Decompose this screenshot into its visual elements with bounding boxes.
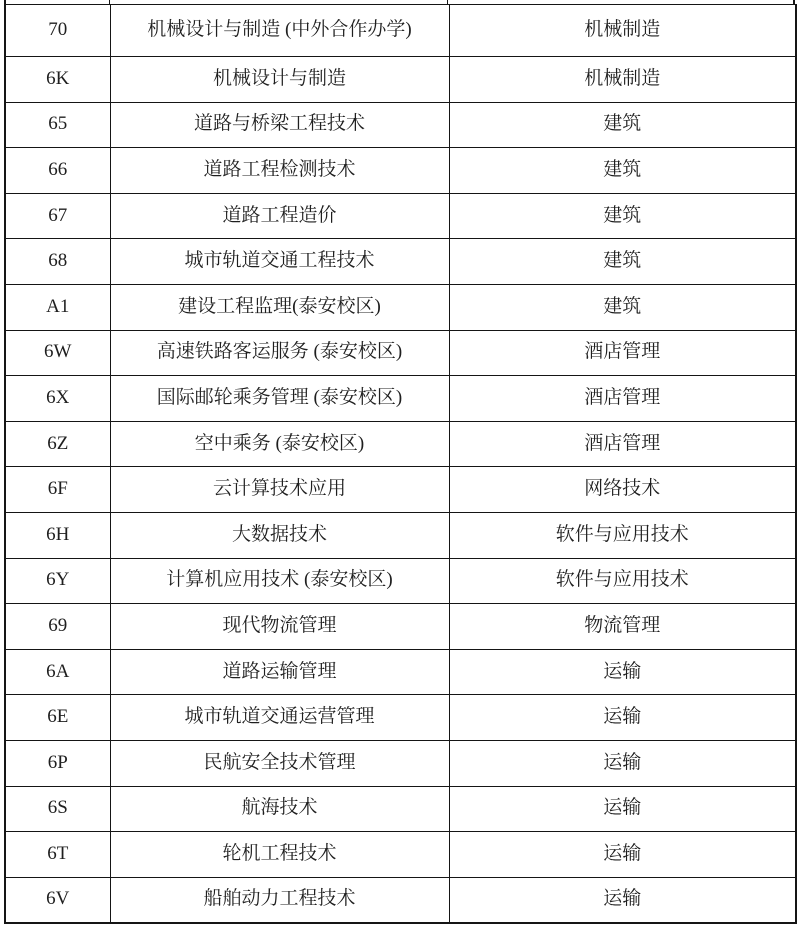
category-cell: 物流管理 bbox=[449, 604, 796, 650]
programs-table-body: 70机械设计与制造 (中外合作办学)机械制造6K机械设计与制造机械制造65道路与… bbox=[5, 5, 796, 923]
program-cell: 空中乘务 (泰安校区) bbox=[110, 421, 449, 467]
program-cell: 船舶动力工程技术 bbox=[110, 877, 449, 923]
code-cell: 66 bbox=[5, 148, 110, 194]
table-row: 66道路工程检测技术建筑 bbox=[5, 148, 796, 194]
code-cell: 6X bbox=[5, 376, 110, 422]
code-cell: 69 bbox=[5, 604, 110, 650]
program-cell: 道路运输管理 bbox=[110, 649, 449, 695]
table-row: 70机械设计与制造 (中外合作办学)机械制造 bbox=[5, 5, 796, 57]
table-row: 6X国际邮轮乘务管理 (泰安校区)酒店管理 bbox=[5, 376, 796, 422]
program-cell: 机械设计与制造 (中外合作办学) bbox=[110, 5, 449, 57]
table-row: 6K机械设计与制造机械制造 bbox=[5, 57, 796, 103]
category-cell: 酒店管理 bbox=[449, 330, 796, 376]
code-cell: 6P bbox=[5, 740, 110, 786]
program-cell: 城市轨道交通工程技术 bbox=[110, 239, 449, 285]
code-cell: 6K bbox=[5, 57, 110, 103]
category-cell: 运输 bbox=[449, 877, 796, 923]
program-cell: 航海技术 bbox=[110, 786, 449, 832]
category-cell: 建筑 bbox=[449, 102, 796, 148]
program-cell: 国际邮轮乘务管理 (泰安校区) bbox=[110, 376, 449, 422]
program-cell: 云计算技术应用 bbox=[110, 467, 449, 513]
code-cell: 6Y bbox=[5, 558, 110, 604]
code-cell: 6H bbox=[5, 512, 110, 558]
table-row: 69现代物流管理物流管理 bbox=[5, 604, 796, 650]
program-cell: 计算机应用技术 (泰安校区) bbox=[110, 558, 449, 604]
category-cell: 建筑 bbox=[449, 239, 796, 285]
category-cell: 机械制造 bbox=[449, 5, 796, 57]
table-row: 6W高速铁路客运服务 (泰安校区)酒店管理 bbox=[5, 330, 796, 376]
category-cell: 运输 bbox=[449, 649, 796, 695]
code-cell: 6E bbox=[5, 695, 110, 741]
program-cell: 城市轨道交通运营管理 bbox=[110, 695, 449, 741]
code-cell: 70 bbox=[5, 5, 110, 57]
code-cell: A1 bbox=[5, 284, 110, 330]
program-cell: 大数据技术 bbox=[110, 512, 449, 558]
category-cell: 酒店管理 bbox=[449, 421, 796, 467]
program-cell: 道路工程造价 bbox=[110, 193, 449, 239]
program-cell: 建设工程监理(泰安校区) bbox=[110, 284, 449, 330]
code-cell: 65 bbox=[5, 102, 110, 148]
category-cell: 软件与应用技术 bbox=[449, 512, 796, 558]
table-row: 65道路与桥梁工程技术建筑 bbox=[5, 102, 796, 148]
code-cell: 6W bbox=[5, 330, 110, 376]
table-row: 6V船舶动力工程技术运输 bbox=[5, 877, 796, 923]
program-cell: 现代物流管理 bbox=[110, 604, 449, 650]
table-row: 6E城市轨道交通运营管理运输 bbox=[5, 695, 796, 741]
category-cell: 建筑 bbox=[449, 148, 796, 194]
category-cell: 运输 bbox=[449, 786, 796, 832]
code-cell: 6A bbox=[5, 649, 110, 695]
category-cell: 运输 bbox=[449, 832, 796, 878]
code-cell: 6T bbox=[5, 832, 110, 878]
category-cell: 酒店管理 bbox=[449, 376, 796, 422]
program-cell: 高速铁路客运服务 (泰安校区) bbox=[110, 330, 449, 376]
category-cell: 建筑 bbox=[449, 193, 796, 239]
table-row: 6Z空中乘务 (泰安校区)酒店管理 bbox=[5, 421, 796, 467]
program-cell: 机械设计与制造 bbox=[110, 57, 449, 103]
program-cell: 轮机工程技术 bbox=[110, 832, 449, 878]
table-row: 6A道路运输管理运输 bbox=[5, 649, 796, 695]
category-cell: 网络技术 bbox=[449, 467, 796, 513]
category-cell: 运输 bbox=[449, 740, 796, 786]
program-cell: 民航安全技术管理 bbox=[110, 740, 449, 786]
category-cell: 运输 bbox=[449, 695, 796, 741]
table-row: 6S航海技术运输 bbox=[5, 786, 796, 832]
code-cell: 6Z bbox=[5, 421, 110, 467]
document-page: { "colors": { "background": "#ffffff", "… bbox=[0, 0, 801, 931]
table-row: 6Y计算机应用技术 (泰安校区)软件与应用技术 bbox=[5, 558, 796, 604]
table-row: 68城市轨道交通工程技术建筑 bbox=[5, 239, 796, 285]
table-row: 6P民航安全技术管理运输 bbox=[5, 740, 796, 786]
table-row: 6H大数据技术软件与应用技术 bbox=[5, 512, 796, 558]
code-cell: 6F bbox=[5, 467, 110, 513]
table-row: 6F云计算技术应用网络技术 bbox=[5, 467, 796, 513]
code-cell: 68 bbox=[5, 239, 110, 285]
table-row: 67道路工程造价建筑 bbox=[5, 193, 796, 239]
code-cell: 6V bbox=[5, 877, 110, 923]
code-cell: 67 bbox=[5, 193, 110, 239]
category-cell: 建筑 bbox=[449, 284, 796, 330]
category-cell: 机械制造 bbox=[449, 57, 796, 103]
table-row: 6T轮机工程技术运输 bbox=[5, 832, 796, 878]
programs-table: 70机械设计与制造 (中外合作办学)机械制造6K机械设计与制造机械制造65道路与… bbox=[4, 4, 797, 924]
category-cell: 软件与应用技术 bbox=[449, 558, 796, 604]
code-cell: 6S bbox=[5, 786, 110, 832]
table-row: A1建设工程监理(泰安校区)建筑 bbox=[5, 284, 796, 330]
program-cell: 道路与桥梁工程技术 bbox=[110, 102, 449, 148]
program-cell: 道路工程检测技术 bbox=[110, 148, 449, 194]
